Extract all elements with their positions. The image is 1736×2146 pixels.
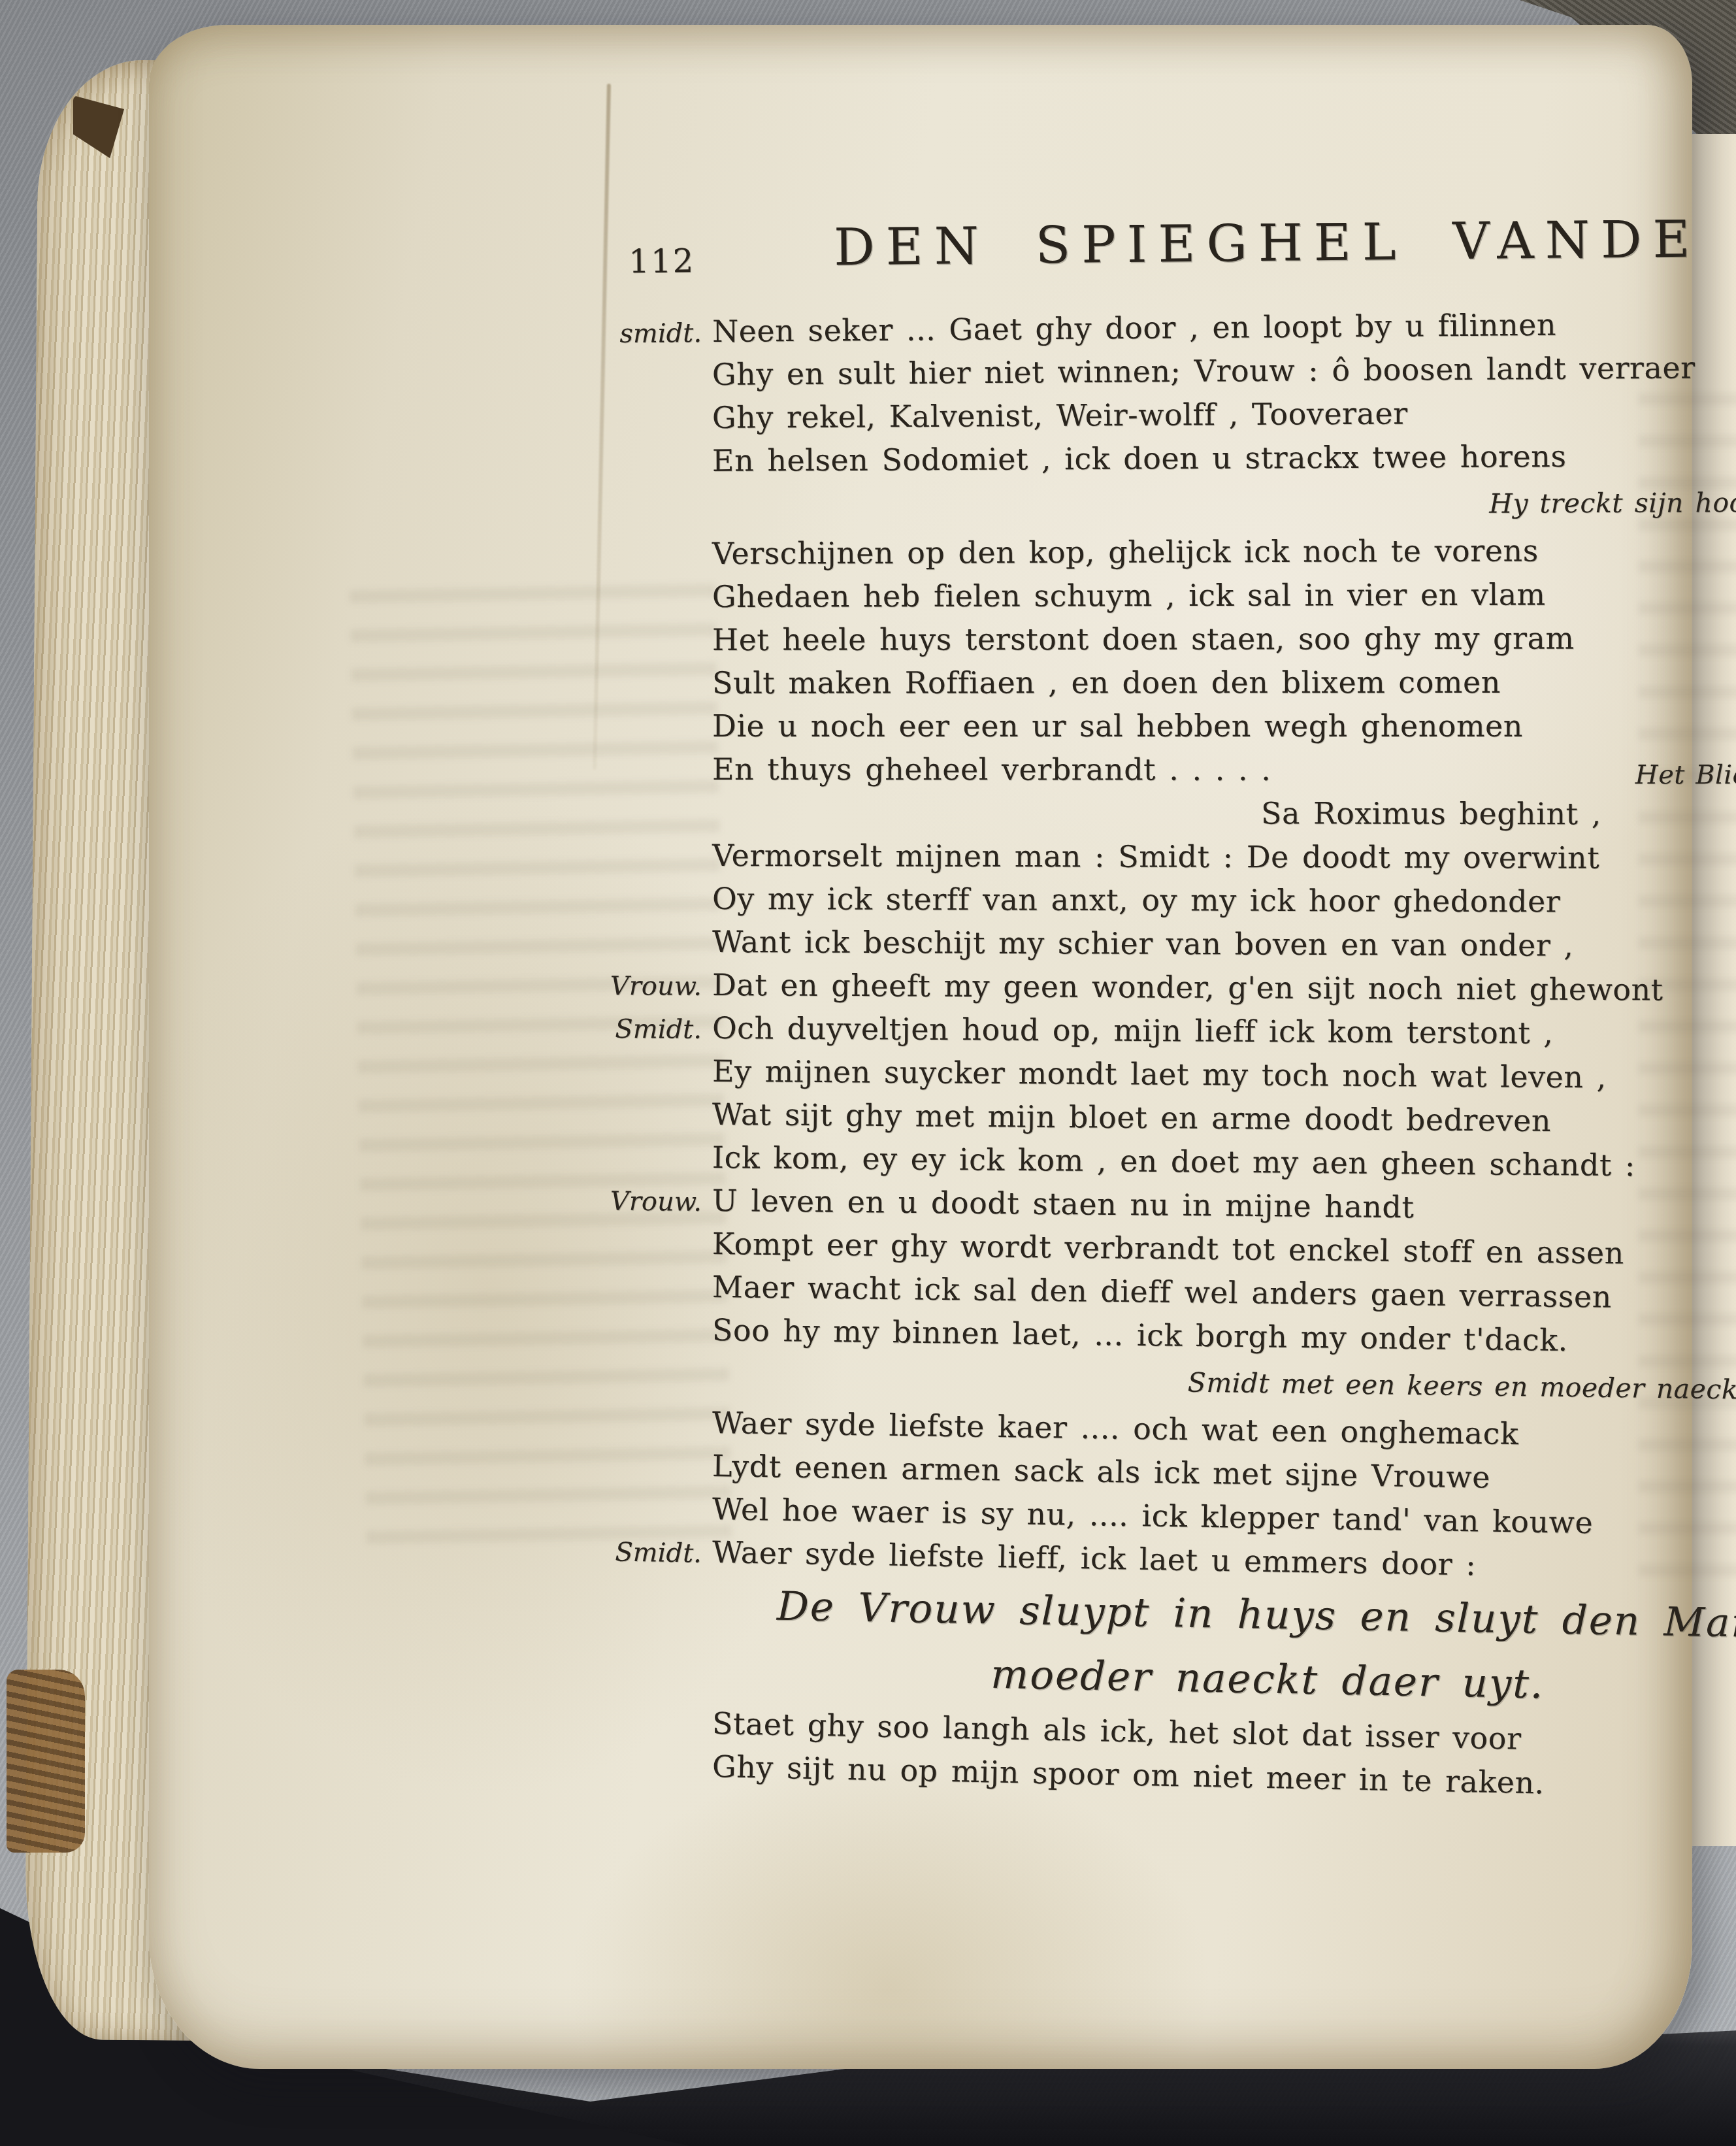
running-title: DEN SPIEGHEL VANDE	[712, 209, 1736, 278]
verse-line: Het heele huys terstont doen staen, soo …	[712, 616, 1736, 661]
line-text: Soo hy my binnen laet, ... ick borgh my …	[712, 1312, 1568, 1358]
line-text: Wat sijt ghy met mijn bloet en arme dood…	[712, 1097, 1551, 1138]
verse-line: En helsen Sodomiet , ick doen u strackx …	[712, 433, 1736, 482]
verse-block: smidt.Neen seker ... Gaet ghy door , en …	[712, 310, 1736, 1788]
line-text: Smidt met een keers en moeder naeckt uyt…	[1187, 1367, 1736, 1407]
verse-line: Die u noch eer een ur sal hebben wegh gh…	[712, 704, 1736, 748]
page-number: 112	[629, 242, 695, 280]
line-text: Die u noch eer een ur sal hebben wegh gh…	[712, 708, 1523, 744]
line-text: Vermorselt mijnen man : Smidt : De doodt…	[712, 838, 1599, 876]
line-text: moeder naeckt daer uyt.	[991, 1651, 1545, 1708]
book-page: 112 DEN SPIEGHEL VANDE smidt.Neen seker …	[149, 25, 1692, 2069]
verse-line: Sult maken Roffiaen , en doen den blixem…	[712, 661, 1736, 704]
line-text: Maer wacht ick sal den dieff wel anders …	[712, 1269, 1612, 1315]
ink-showthrough	[350, 584, 732, 1570]
verse-line: Oy my ick sterff van anxt, oy my ick hoo…	[712, 877, 1736, 924]
stage-direction: Hy treckt sijn hooft in.	[712, 478, 1736, 532]
line-text: Sa Roximus beghint ,	[1261, 795, 1601, 831]
verse-line: Smidt.Och duyveltjen houd op, mijn lieff…	[712, 1006, 1736, 1056]
line-text: Kompt eer ghy wordt verbrandt tot enckel…	[712, 1226, 1624, 1271]
stage-direction-inline: Het Blicxemt.	[1635, 753, 1736, 797]
line-text: Ey mijnen suycker mondt laet my toch noc…	[712, 1053, 1607, 1095]
line-text: Neen seker ... Gaet ghy door , en loopt …	[712, 307, 1556, 349]
line-text: Ghy en sult hier niet winnen; Vrouw : ô …	[712, 350, 1695, 392]
line-text: Sult maken Roffiaen , en doen den blixem…	[712, 665, 1501, 701]
line-text: De Vrouw sluypt in huys en sluyt den Man	[776, 1583, 1736, 1647]
text-block: 112 DEN SPIEGHEL VANDE smidt.Neen seker …	[712, 220, 1736, 1821]
line-text: En thuys gheheel verbrandt . . . . .	[712, 751, 1271, 787]
line-text: Ick kom, ey ey ick kom , en doet my aen …	[712, 1140, 1635, 1183]
speaker-label: Vrouw.	[610, 1180, 702, 1224]
line-text: Ghedaen heb fielen schuym , ick sal in v…	[712, 577, 1546, 614]
line-text: Lydt eenen armen sack als ick met sijne …	[712, 1448, 1491, 1495]
verse-line: Sa Roximus beghint ,	[712, 791, 1736, 836]
line-text: Oy my ick sterff van anxt, oy my ick hoo…	[712, 881, 1560, 919]
verse-line: smidt.Neen seker ... Gaet ghy door , en …	[712, 301, 1736, 353]
line-text: Het heele huys terstont doen staen, soo …	[712, 621, 1575, 657]
verse-line: Verschijnen op den kop, ghelijck ick noc…	[712, 528, 1736, 575]
speaker-label: Smidt.	[615, 1531, 702, 1576]
line-text: U leven en u doodt staen nu in mijne han…	[712, 1183, 1415, 1225]
line-text: En helsen Sodomiet , ick doen u strackx …	[712, 438, 1567, 478]
line-text: Verschijnen op den kop, ghelijck ick noc…	[712, 533, 1539, 571]
speaker-label: Smidt.	[615, 1008, 702, 1051]
verse-line: Ghy en sult hier niet winnen; Vrouw : ô …	[712, 345, 1736, 396]
photo-of-book-page: { "header": { "page_number": "112", "run…	[0, 0, 1736, 2146]
verse-line: En thuys gheheel verbrandt . . . . .Het …	[712, 748, 1736, 791]
verse-line: Ghedaen heb fielen schuym , ick sal in v…	[712, 572, 1736, 618]
verse-line: Vermorselt mijnen man : Smidt : De doodt…	[712, 834, 1736, 880]
speaker-label: Vrouw.	[610, 965, 702, 1008]
line-text: Dat en gheeft my geen wonder, g'en sijt …	[712, 967, 1663, 1008]
line-text: Och duyveltjen houd op, mijn lieff ick k…	[712, 1010, 1554, 1051]
verse-line: Ghy rekel, Kalvenist, Weir-wolff , Toove…	[712, 389, 1736, 439]
leather-binding-fragment	[7, 1670, 85, 1853]
line-text: Hy treckt sijn hooft in.	[1489, 487, 1736, 520]
line-text: Waer syde liefste kaer .... och wat een …	[712, 1405, 1519, 1451]
line-text: Ghy rekel, Kalvenist, Weir-wolff , Toove…	[712, 395, 1408, 435]
verse-line: Ey mijnen suycker mondt laet my toch noc…	[712, 1049, 1736, 1100]
verse-line: Vrouw.Dat en gheeft my geen wonder, g'en…	[712, 963, 1736, 1012]
line-text: Want ick beschijt my schier van boven en…	[712, 924, 1574, 963]
speaker-label: smidt.	[619, 312, 702, 355]
verse-line: Want ick beschijt my schier van boven en…	[712, 920, 1736, 968]
page-header: 112 DEN SPIEGHEL VANDE	[712, 209, 1736, 298]
